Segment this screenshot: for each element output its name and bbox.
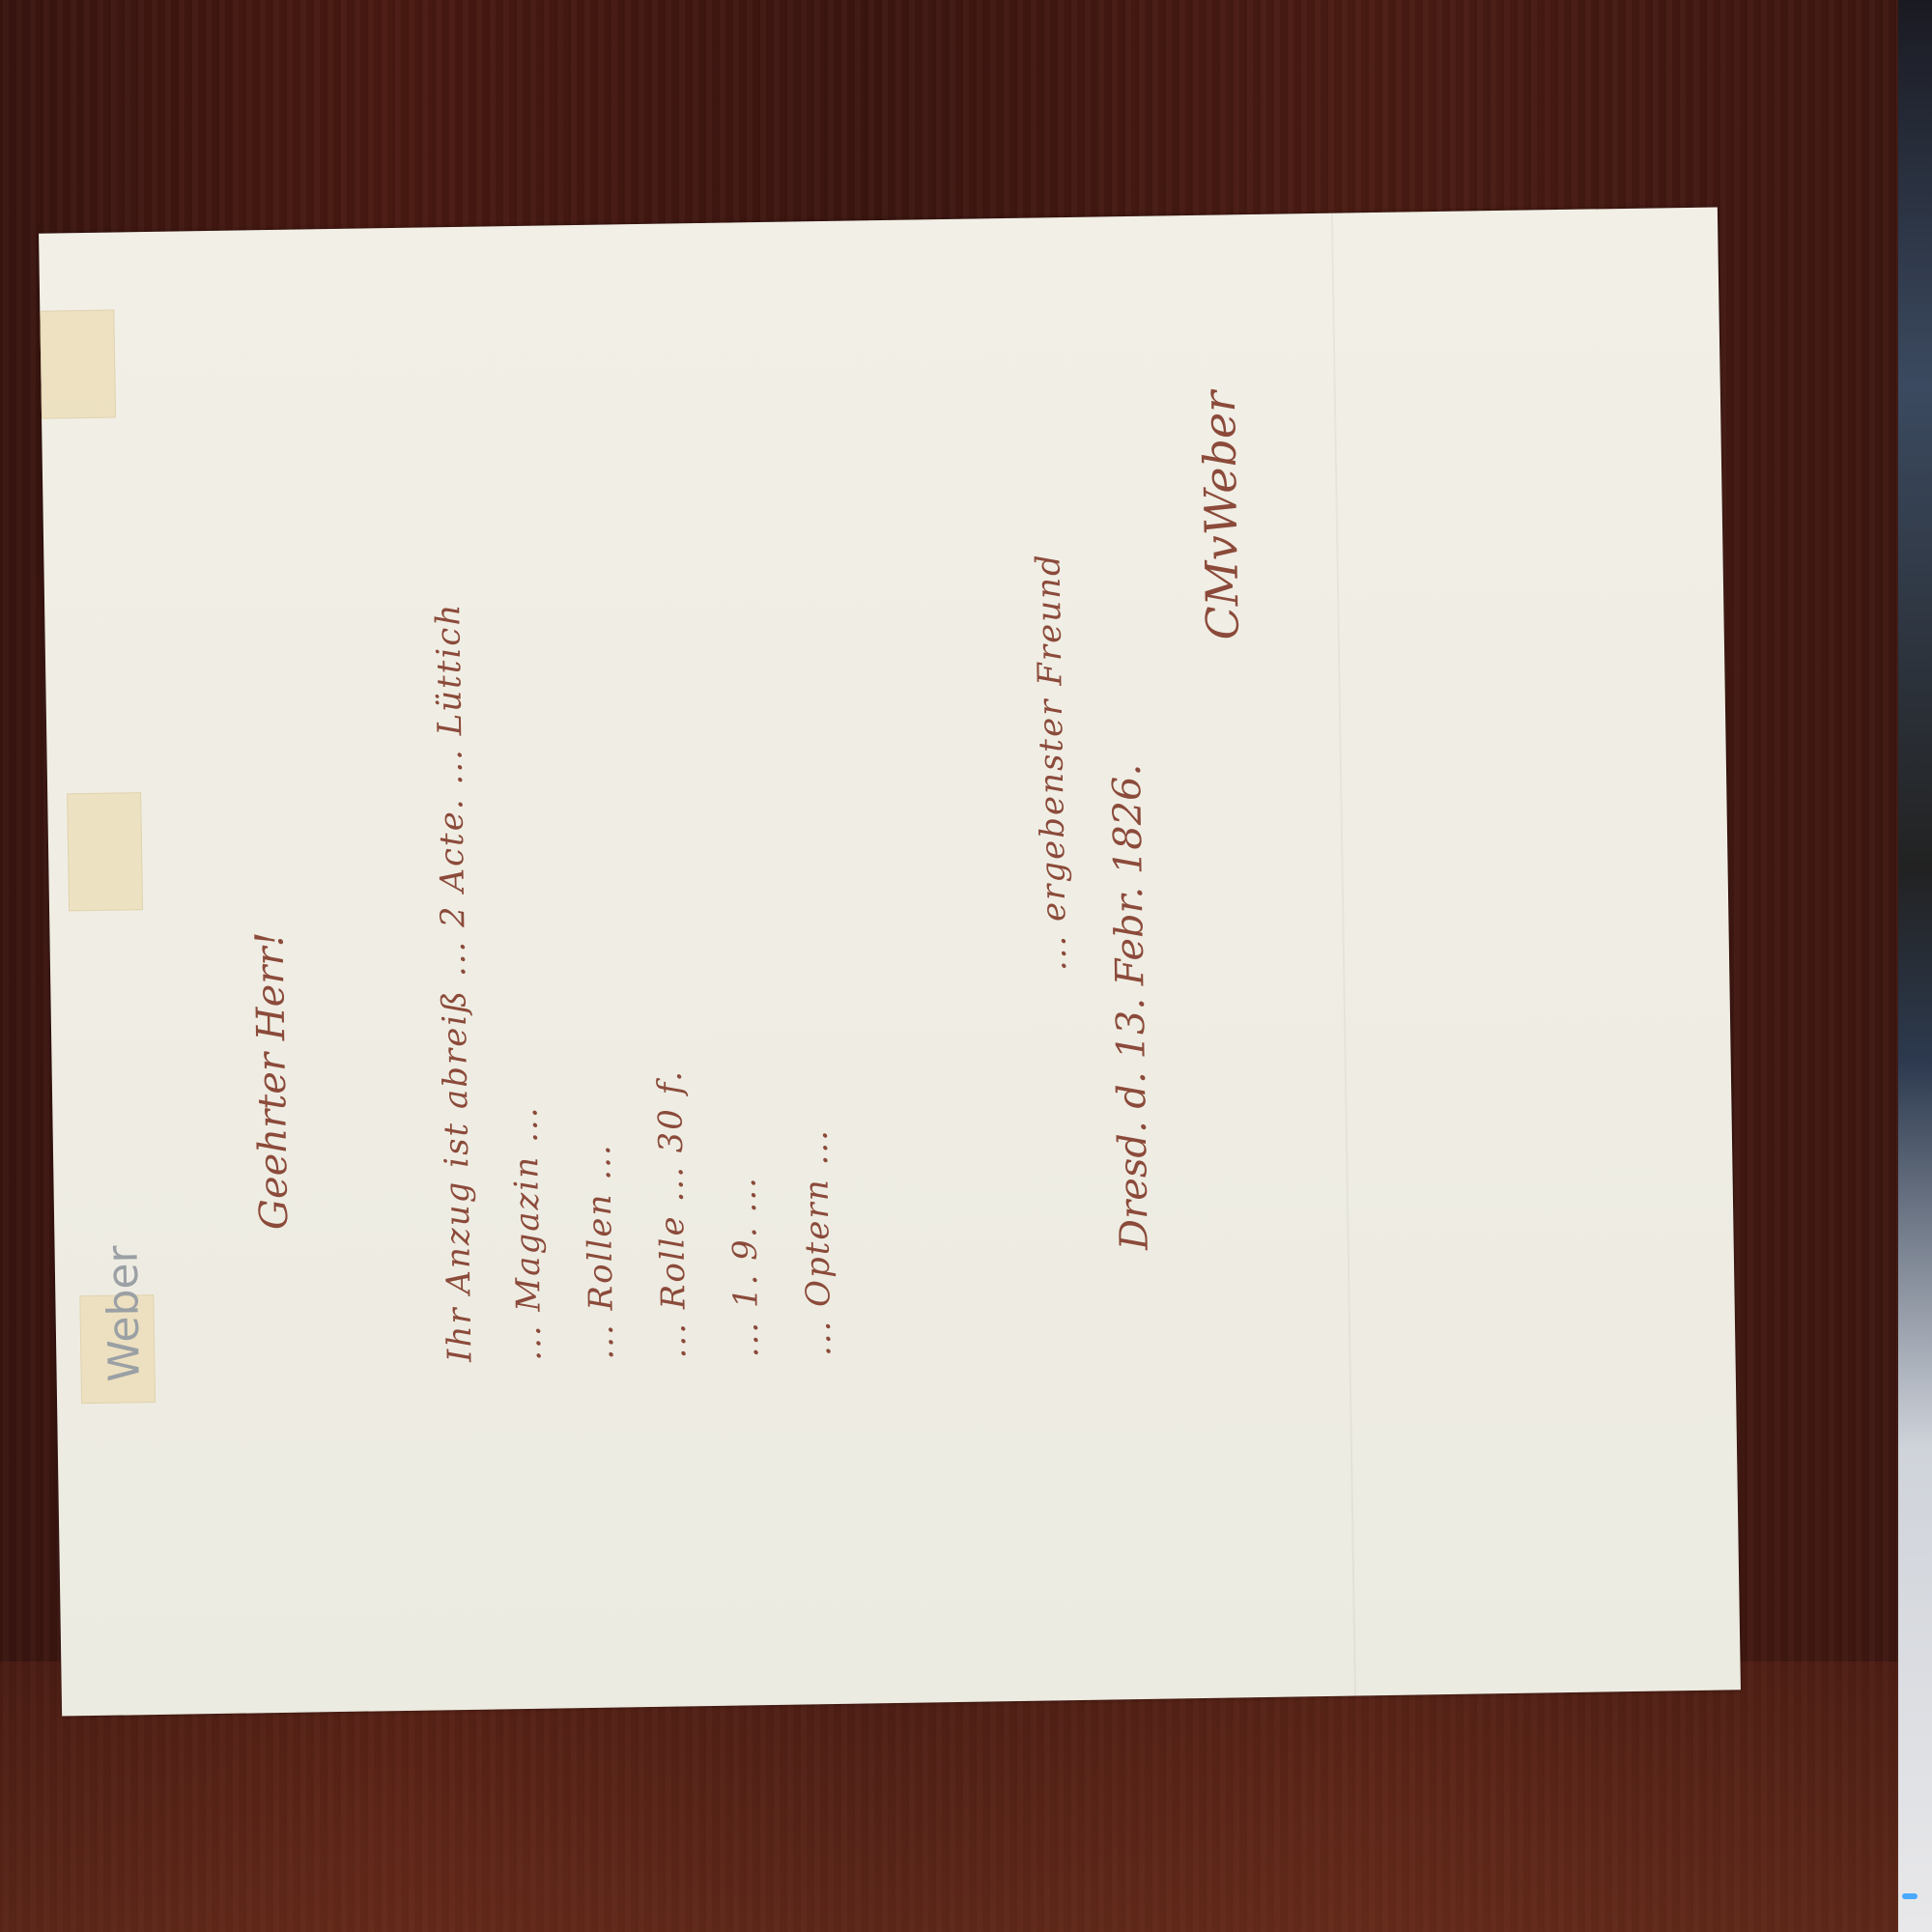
body-line: Ihr Anzug ist abreiß ... 2 Acte. ... Lüt… [429,602,479,1362]
signature: CMvWeber [1193,390,1249,640]
led-light [1902,1893,1918,1899]
body-line: ... Rollen ... [580,1143,622,1360]
date-line: Dresd. d. 13. Febr. 1826. [1105,763,1157,1250]
pencil-annotation: Weber [99,1245,150,1382]
closing-line: ... ergebenster Freund [1029,553,1074,972]
body-line: ... Optern ... [797,1128,839,1357]
salutation: Geehrter Herr! [247,931,297,1230]
body-line: ... 1. 9. ... [724,1176,766,1358]
tape-strip [40,310,116,419]
tape-strip [67,792,143,911]
letter-sheet: Weber Geehrter Herr! Ihr Anzug ist abrei… [39,207,1741,1716]
fold-line [1331,213,1356,1696]
body-line: ... Rolle ... 30 f. [651,1069,695,1359]
body-line: ... Magazin ... [506,1105,549,1361]
background-object [1898,0,1932,1932]
